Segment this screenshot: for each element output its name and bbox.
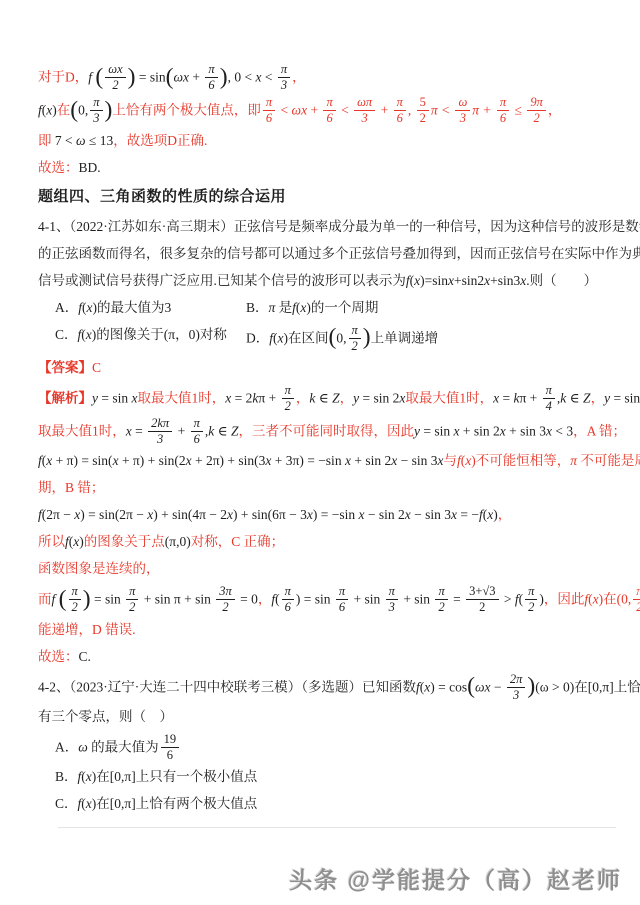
fraction-denominator: 4 bbox=[546, 399, 552, 413]
text-run: > bbox=[501, 592, 515, 607]
fraction-denominator: 6 bbox=[167, 748, 173, 762]
text-run: = sin bbox=[420, 424, 454, 439]
fraction-numerator: π bbox=[278, 63, 290, 78]
text-run: + bbox=[377, 103, 391, 118]
text-run: = 2 bbox=[231, 390, 252, 405]
math-fraction: π3 bbox=[386, 585, 398, 614]
text-run: = sin bbox=[136, 70, 166, 85]
text-run: 上恰有两个极大值点，即 bbox=[112, 103, 261, 118]
text-run: + bbox=[174, 424, 188, 439]
text-run: 在 bbox=[603, 592, 617, 607]
text-run: +sin3 bbox=[490, 273, 520, 288]
text-run: 上单调递增 bbox=[371, 330, 439, 345]
math-fraction: π6 bbox=[205, 63, 217, 92]
text-run: C. bbox=[79, 649, 91, 664]
text-run: A． bbox=[55, 739, 78, 754]
fraction-denominator: 3 bbox=[93, 111, 99, 125]
text-run: + 3π) = −sin bbox=[271, 453, 345, 468]
math-fraction: π6 bbox=[323, 96, 335, 125]
fraction-numerator: π bbox=[90, 96, 102, 111]
text-run: ， bbox=[498, 507, 512, 522]
text-run: 0, bbox=[336, 330, 346, 345]
fraction-numerator: π bbox=[205, 63, 217, 78]
fraction-denominator: 2 bbox=[112, 78, 118, 92]
text-run: ) = sin bbox=[296, 592, 334, 607]
fraction-numerator: π bbox=[263, 96, 275, 111]
page-divider bbox=[58, 827, 616, 828]
text-run: BD. bbox=[79, 160, 101, 175]
text-run: B． bbox=[246, 300, 269, 315]
text-run: A． bbox=[55, 300, 78, 315]
text-run: 是 bbox=[279, 300, 293, 315]
text-run: + sin bbox=[350, 592, 384, 607]
fraction-denominator: 2 bbox=[438, 600, 444, 614]
text-run: ， bbox=[340, 390, 354, 405]
text-run: + sin bbox=[400, 592, 434, 607]
text-run: = sin 2 bbox=[359, 390, 399, 405]
text-run: + bbox=[189, 70, 203, 85]
text-run: C． bbox=[55, 327, 78, 342]
fraction-numerator: π bbox=[126, 585, 138, 600]
math-fraction: 2π3 bbox=[507, 673, 526, 702]
text-run: = bbox=[450, 592, 464, 607]
text-run: )在[0,π]上恰有两个极大值点 bbox=[92, 796, 257, 811]
section-header: 题组四、三角函数的性质的综合运用 bbox=[38, 185, 616, 206]
text-run: π + bbox=[258, 390, 279, 405]
text-run: + bbox=[307, 103, 321, 118]
text-run: 【解析】 bbox=[38, 390, 92, 405]
option-item: A．f(x)的最大值为3 bbox=[55, 298, 246, 317]
text-run: ω bbox=[78, 739, 91, 754]
fraction-numerator: π bbox=[497, 96, 509, 111]
text-run: < 3 bbox=[552, 424, 573, 439]
fraction-denominator: 6 bbox=[285, 600, 291, 614]
text-run: 的正弦函数而得名，很多复杂的信号都可以通过多个正弦信号叠加得到，因而正弦信号在实… bbox=[38, 246, 640, 261]
text-run: ， bbox=[258, 592, 272, 607]
fraction-numerator: π bbox=[435, 585, 447, 600]
fraction-denominator: 6 bbox=[397, 111, 403, 125]
text-run: 取最大值1时， bbox=[405, 390, 493, 405]
text-run: ωx bbox=[292, 103, 308, 118]
fraction-denominator: 2 bbox=[72, 600, 78, 614]
fraction-denominator: 2 bbox=[420, 111, 426, 125]
text-run: < bbox=[338, 103, 352, 118]
text-run: < bbox=[261, 70, 275, 85]
analysis-line-3: f(x + π) = sin(x + π) + sin(2x + 2π) + s… bbox=[38, 451, 616, 470]
fraction-denominator: 3 bbox=[157, 432, 163, 446]
analysis-line-6: 所以f(x)的图象关于点(π,0)对称，C 正确； bbox=[38, 532, 616, 551]
text-run: ωx bbox=[475, 679, 491, 694]
fraction-denominator: 3 bbox=[460, 111, 466, 125]
text-run: 有三个零点，则（ ） bbox=[38, 709, 173, 724]
text-run: + sin 2 bbox=[351, 453, 391, 468]
text-run: ωx bbox=[174, 70, 190, 85]
fraction-denominator: 2 bbox=[479, 600, 485, 614]
math-fraction: π3 bbox=[278, 63, 290, 92]
fraction-numerator: π bbox=[543, 384, 555, 399]
fraction-numerator: 2π bbox=[507, 673, 526, 688]
text-run: 在 bbox=[57, 103, 71, 118]
text-run: ω bbox=[76, 133, 86, 148]
text-run: ) bbox=[527, 673, 535, 699]
text-run: (π,0) bbox=[165, 534, 191, 549]
math-fraction: 9π2 bbox=[527, 96, 546, 125]
text-run: ∈ bbox=[214, 424, 231, 439]
text-run: ) + sin(4π − 2 bbox=[153, 507, 227, 522]
text-run: ) bbox=[105, 97, 113, 123]
text-run: ) bbox=[83, 586, 91, 612]
fraction-numerator: π bbox=[394, 96, 406, 111]
math-fraction: ωx2 bbox=[105, 63, 125, 92]
text-run: f bbox=[52, 592, 59, 607]
fraction-numerator: π bbox=[349, 324, 361, 339]
text-run: (ω > 0) bbox=[535, 679, 574, 694]
fraction-numerator: ωx bbox=[105, 63, 125, 78]
math-fraction: π2 bbox=[282, 384, 294, 413]
text-run: ( bbox=[519, 592, 524, 607]
text-run: = − bbox=[457, 507, 479, 522]
text-run: 期，B 错； bbox=[38, 480, 104, 495]
text-run: = bbox=[499, 390, 513, 405]
text-run: ) = −sin bbox=[313, 507, 359, 522]
options-row-ab: A．f(x)的最大值为3B．π 是f(x)的一个周期 bbox=[38, 298, 616, 317]
fraction-denominator: 2 bbox=[129, 600, 135, 614]
text-run: 【答案】 bbox=[38, 360, 92, 375]
fraction-numerator: π bbox=[323, 96, 335, 111]
text-run: )在区间 bbox=[284, 330, 329, 345]
text-run: Z bbox=[583, 390, 591, 405]
math-fraction: π2 bbox=[349, 324, 361, 353]
option-item: D．f(x)在区间(0,π2)上单调递增 bbox=[246, 325, 616, 354]
option-4-2-b: B．f(x)在[0,π]上只有一个极小值点 bbox=[38, 767, 616, 786]
text-run: + sin 3 bbox=[506, 424, 546, 439]
fraction-numerator: π bbox=[69, 585, 81, 600]
fraction-numerator: ωπ bbox=[354, 96, 375, 111]
text-run: 取最大值1时， bbox=[138, 390, 226, 405]
text-run: π + bbox=[519, 390, 540, 405]
math-fraction: π2 bbox=[435, 585, 447, 614]
text-run: = 0 bbox=[237, 592, 258, 607]
text-run: 与 bbox=[443, 453, 457, 468]
text-run: + sin π + sin bbox=[140, 592, 214, 607]
analysis-line-9: 能递增，D 错误. bbox=[38, 620, 616, 639]
option-4-2-c: C．f(x)在[0,π]上恰有两个极大值点 bbox=[38, 794, 616, 813]
text-run: = sin bbox=[98, 390, 132, 405]
math-fraction: 3+√32 bbox=[466, 585, 498, 614]
text-run: ∈ bbox=[566, 390, 583, 405]
option-item: B．π 是f(x)的一个周期 bbox=[246, 298, 616, 317]
text-run: )在[0,π]上只有一个极小值点 bbox=[92, 769, 257, 784]
fraction-numerator: π bbox=[525, 585, 537, 600]
fraction-numerator: 3+√3 bbox=[466, 585, 498, 600]
math-fraction: π6 bbox=[263, 96, 275, 125]
fraction-numerator: 19 bbox=[161, 733, 180, 748]
analysis-line-2: 取最大值1时，x = 2kπ3 + π6,k ∈ Z，三者不可能同时取得，因此y… bbox=[38, 418, 616, 447]
math-fraction: ω3 bbox=[455, 96, 470, 125]
text-run: π bbox=[570, 453, 580, 468]
answer-line-c: 【答案】C bbox=[38, 358, 616, 377]
fraction-numerator: π bbox=[336, 585, 348, 600]
fraction-numerator: ω bbox=[455, 96, 470, 111]
text-run: 对于D， bbox=[38, 70, 88, 85]
text-run: ≤ 13 bbox=[86, 133, 114, 148]
question-4-1-line-3: 信号或测试信号获得广泛应用.已知某个信号的波形可以表示为f(x)=sinx+si… bbox=[38, 271, 616, 290]
text-run: = bbox=[132, 424, 146, 439]
analysis-line-4: 期，B 错； bbox=[38, 478, 616, 497]
math-fraction: π2 bbox=[126, 585, 138, 614]
text-run: ) + sin(6π − 3 bbox=[233, 507, 307, 522]
math-fraction: ωπ3 bbox=[354, 96, 375, 125]
math-fraction: 52 bbox=[417, 96, 429, 125]
fraction-denominator: 6 bbox=[208, 78, 214, 92]
text-run: 7 < bbox=[52, 133, 77, 148]
text-run: 不可能是周 bbox=[580, 453, 640, 468]
text-run: 能递增，D 错误. bbox=[38, 622, 136, 637]
fraction-denominator: 6 bbox=[500, 111, 506, 125]
option-item: C．f(x)的图像关于(π，0)对称 bbox=[55, 325, 246, 354]
text-run: D． bbox=[246, 330, 269, 345]
text-run: (2π − bbox=[42, 507, 74, 522]
text-run: ( bbox=[59, 586, 67, 612]
text-run: )=sin bbox=[420, 273, 448, 288]
fraction-denominator: 2 bbox=[222, 600, 228, 614]
text-run: ) bbox=[128, 64, 136, 90]
fraction-denominator: 3 bbox=[389, 600, 395, 614]
fraction-numerator: π bbox=[191, 417, 203, 432]
text-run: 4-1、（2022·江苏如东·高三期末）正弦信号是频率成分最为单一的一种信号，因… bbox=[38, 219, 640, 234]
math-fraction: π6 bbox=[191, 417, 203, 446]
fraction-denominator: 2 bbox=[285, 399, 291, 413]
math-fraction: π2 bbox=[633, 585, 640, 614]
text-run: (0, bbox=[617, 592, 632, 607]
fraction-numerator: 3π bbox=[216, 585, 235, 600]
text-run: ， bbox=[292, 70, 306, 85]
math-fraction: π2 bbox=[69, 585, 81, 614]
text-run: + sin 2 bbox=[459, 424, 499, 439]
fraction-denominator: 3 bbox=[362, 111, 368, 125]
text-run: − bbox=[491, 679, 505, 694]
fraction-denominator: 2 bbox=[636, 600, 640, 614]
math-fraction: π2 bbox=[525, 585, 537, 614]
text-run: + π) + sin(2 bbox=[119, 453, 186, 468]
question-4-1-line-1: 4-1、（2022·江苏如东·高三期末）正弦信号是频率成分最为单一的一种信号，因… bbox=[38, 217, 616, 236]
text-run: )的一个周期 bbox=[306, 300, 378, 315]
fraction-numerator: π bbox=[282, 585, 294, 600]
analysis-line-7: 函数图象是连续的， bbox=[38, 559, 616, 578]
fraction-numerator: 9π bbox=[527, 96, 546, 111]
text-run: ，三者不可能同时取得，因此 bbox=[238, 424, 414, 439]
math-fraction: 196 bbox=[161, 733, 180, 762]
text-run: C bbox=[92, 360, 101, 375]
text-run: C． bbox=[55, 796, 78, 811]
text-run: )的图像关于(π，0)对称 bbox=[92, 327, 227, 342]
math-fraction: 3π2 bbox=[216, 585, 235, 614]
text-run: ，故选项D正确. bbox=[113, 133, 207, 148]
fraction-denominator: 6 bbox=[194, 432, 200, 446]
text-run: ) bbox=[363, 324, 371, 350]
text-run: 即 bbox=[38, 133, 52, 148]
text-run: ( bbox=[95, 64, 103, 90]
text-run: ≤ bbox=[511, 103, 525, 118]
math-fraction: π6 bbox=[336, 585, 348, 614]
math-fraction: π6 bbox=[394, 96, 406, 125]
analysis-line-5: f(2π − x) = sin(2π − x) + sin(4π − 2x) +… bbox=[38, 505, 616, 524]
text-run: 的图象关于点 bbox=[84, 534, 165, 549]
document-body: 对于D，f (ωx2) = sin(ωx + π6), 0 < x < π3，f… bbox=[0, 0, 640, 828]
option-4-2-a: A．ω 的最大值为196 bbox=[38, 734, 616, 763]
fraction-numerator: π bbox=[282, 384, 294, 399]
text-run: ， bbox=[296, 390, 310, 405]
fraction-denominator: 6 bbox=[326, 111, 332, 125]
solution-line-d-inequality: f(x)在(0,π3)上恰有两个极大值点，即π6 < ωx + π6 < ωπ3… bbox=[38, 97, 616, 126]
text-run: = sin bbox=[91, 592, 125, 607]
text-run: 不可能恒相等， bbox=[476, 453, 571, 468]
text-run: 4-2、（2023·辽宁·大连二十四中校联考三模）（多选题）已知函数 bbox=[38, 679, 416, 694]
solution-line-d-setup: 对于D，f (ωx2) = sin(ωx + π6), 0 < x < π3， bbox=[38, 64, 616, 93]
text-run: π bbox=[269, 300, 279, 315]
text-run: ( bbox=[166, 64, 174, 90]
fraction-denominator: 2 bbox=[528, 600, 534, 614]
text-run: 信号或测试信号获得广泛应用.已知某个信号的波形可以表示为 bbox=[38, 273, 406, 288]
text-run: , bbox=[408, 103, 415, 118]
text-run: ) = sin(2π − bbox=[80, 507, 147, 522]
answer-line-c-final: 故选：C. bbox=[38, 647, 616, 666]
analysis-line-1: 【解析】y = sin x取最大值1时，x = 2kπ + π2，k ∈ Z，y… bbox=[38, 385, 616, 414]
text-run: ，因此 bbox=[544, 592, 585, 607]
text-run: + 2π) + sin(3 bbox=[192, 453, 266, 468]
text-run: , 0 < bbox=[228, 70, 256, 85]
text-run: − sin 3 bbox=[397, 453, 437, 468]
question-4-1-line-2: 的正弦函数而得名，很多复杂的信号都可以通过多个正弦信号叠加得到，因而正弦信号在实… bbox=[38, 244, 616, 263]
text-run: ， bbox=[591, 390, 605, 405]
fraction-numerator: π bbox=[386, 585, 398, 600]
math-fraction: π6 bbox=[497, 96, 509, 125]
watermark-text: 头条 @学能提分（高）赵老师 bbox=[289, 862, 622, 895]
solution-line-d-result: 即 7 < ω ≤ 13，故选项D正确. bbox=[38, 131, 616, 150]
fraction-denominator: 6 bbox=[339, 600, 345, 614]
text-run: +sin2 bbox=[454, 273, 484, 288]
answer-line-bd: 故选：BD. bbox=[38, 158, 616, 177]
text-run: 的最大值为 bbox=[91, 739, 159, 754]
fraction-denominator: 3 bbox=[281, 78, 287, 92]
text-run: Z bbox=[332, 390, 340, 405]
text-run: 故选： bbox=[38, 160, 79, 175]
math-fraction: 2kπ3 bbox=[148, 417, 172, 446]
text-run: = sin 3 bbox=[610, 390, 640, 405]
analysis-line-8: 而f (π2) = sin π2 + sin π + sin 3π2 = 0，f… bbox=[38, 586, 616, 615]
math-fraction: π6 bbox=[282, 585, 294, 614]
question-4-2-line-2: 有三个零点，则（ ） bbox=[38, 707, 616, 726]
text-run: π + bbox=[472, 103, 495, 118]
text-run: − sin 2 bbox=[364, 507, 404, 522]
fraction-numerator: 2kπ bbox=[148, 417, 172, 432]
fraction-denominator: 2 bbox=[352, 339, 358, 353]
fraction-numerator: π bbox=[633, 585, 640, 600]
text-run: 而 bbox=[38, 592, 52, 607]
text-run: − sin 3 bbox=[411, 507, 451, 522]
question-4-2-line-1: 4-2、（2023·辽宁·大连二十四中校联考三模）（多选题）已知函数f(x) =… bbox=[38, 674, 616, 703]
math-fraction: π3 bbox=[90, 96, 102, 125]
text-run: 函数图象是连续的， bbox=[38, 561, 160, 576]
options-row-cd: C．f(x)的图像关于(π，0)对称D．f(x)在区间(0,π2)上单调递增 bbox=[38, 325, 616, 354]
fraction-denominator: 6 bbox=[266, 111, 272, 125]
fraction-numerator: 5 bbox=[417, 96, 429, 111]
text-run: 对称，C 正确； bbox=[191, 534, 284, 549]
text-run: 取最大值1时， bbox=[38, 424, 126, 439]
text-run: ，A 错； bbox=[573, 424, 626, 439]
text-run: ( bbox=[275, 592, 280, 607]
text-run: 0, bbox=[78, 103, 88, 118]
text-run: π < bbox=[431, 103, 454, 118]
text-run: ( bbox=[467, 673, 475, 699]
text-run: ( bbox=[70, 97, 78, 123]
text-run: < bbox=[277, 103, 291, 118]
fraction-denominator: 2 bbox=[533, 111, 539, 125]
text-run: 所以 bbox=[38, 534, 65, 549]
math-fraction: π4 bbox=[543, 384, 555, 413]
text-run: ∈ bbox=[315, 390, 332, 405]
text-run: ) bbox=[220, 64, 228, 90]
fraction-denominator: 3 bbox=[513, 688, 519, 702]
text-run: B． bbox=[55, 769, 78, 784]
text-run: ， bbox=[548, 103, 562, 118]
text-run: )的最大值为3 bbox=[93, 300, 172, 315]
text-run: + π) = sin( bbox=[52, 453, 112, 468]
text-run: ) = cos bbox=[430, 679, 467, 694]
text-run: 在[0,π]上恰 bbox=[574, 679, 640, 694]
text-run: ( bbox=[329, 324, 337, 350]
text-run: 故选： bbox=[38, 649, 79, 664]
text-run: .则（ ） bbox=[526, 273, 597, 288]
